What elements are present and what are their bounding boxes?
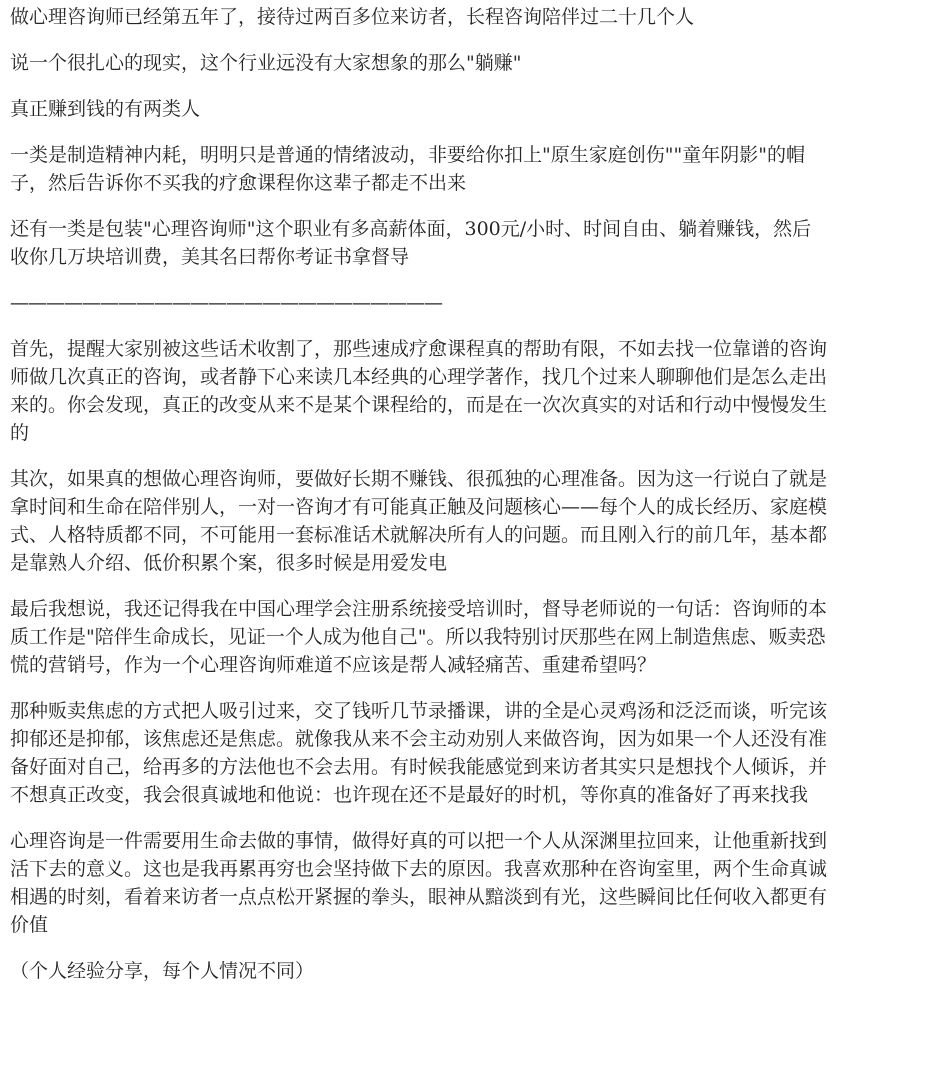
divider-line: ————————————————————————	[10, 289, 830, 317]
paragraph: （个人经验分享，每个人情况不同）	[10, 957, 830, 985]
paragraph: 真正赚到钱的有两类人	[10, 95, 830, 123]
paragraph: 其次，如果真的想做心理咨询师，要做好长期不赚钱、很孤独的心理准备。因为这一行说白…	[10, 465, 830, 577]
paragraph: 首先，提醒大家别被这些话术收割了，那些速成疗愈课程真的帮助有限，不如去找一位靠谱…	[10, 335, 830, 447]
paragraph: 最后我想说，我还记得我在中国心理学会注册系统接受培训时，督导老师说的一句话：咨询…	[10, 595, 830, 679]
paragraph: 还有一类是包装"心理咨询师"这个职业有多高薪体面，300元/小时、时间自由、躺着…	[10, 215, 830, 271]
paragraph: 心理咨询是一件需要用生命去做的事情，做得好真的可以把一个人从深渊里拉回来，让他重…	[10, 827, 830, 939]
paragraph: 那种贩卖焦虑的方式把人吸引过来，交了钱听几节录播课，讲的全是心灵鸡汤和泛泛而谈，…	[10, 697, 830, 809]
paragraph: 做心理咨询师已经第五年了，接待过两百多位来访者，长程咨询陪伴过二十几个人	[10, 3, 830, 31]
paragraph: 说一个很扎心的现实，这个行业远没有大家想象的那么"躺赚"	[10, 49, 830, 77]
paragraph: 一类是制造精神内耗，明明只是普通的情绪波动，非要给你扣上"原生家庭创伤""童年阴…	[10, 141, 830, 197]
article-body: 做心理咨询师已经第五年了，接待过两百多位来访者，长程咨询陪伴过二十几个人说一个很…	[0, 0, 840, 985]
